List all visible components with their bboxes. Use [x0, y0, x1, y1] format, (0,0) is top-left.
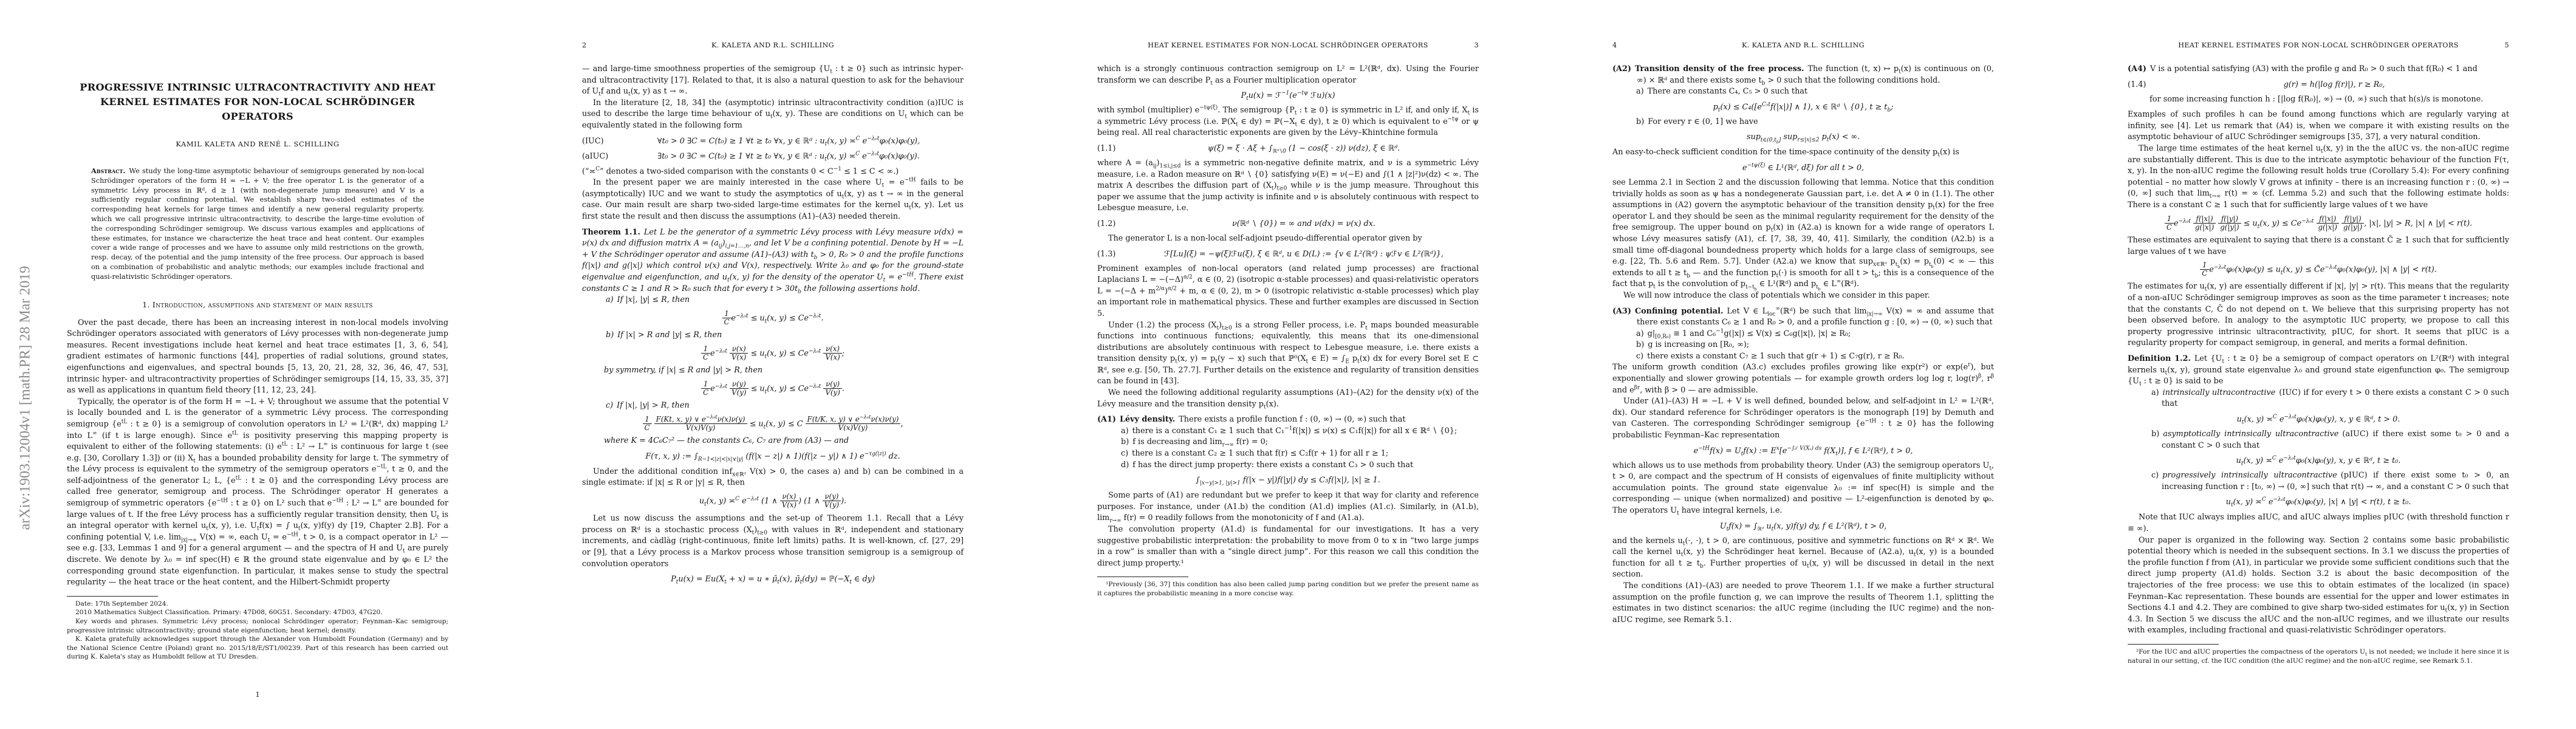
display-equation: 1Ce−λ₀t ν(x)V(x) ≤ ut(x, y) ≤ Ce−λ₀t ν(x… [582, 345, 964, 361]
running-title: K. KALETA AND R.L. SCHILLING [1633, 41, 1973, 49]
equation-tag: (IUC) [582, 135, 614, 147]
display-equation: F(τ, x, y) := ∫R−1<|z|<|x|∨|y| (f(|x − z… [582, 451, 964, 462]
equation-tag: (aIUC) [582, 151, 614, 162]
display-equation: e−tHf(x) = Utf(x) := Ex[e−∫₀ᵗ V(Xₛ) ds f… [1612, 445, 1994, 457]
paragraph: Over the past decade, there has been an … [67, 318, 448, 397]
list-item-continuation: by symmetry, if |x| ≤ R and |y| > R, the… [582, 365, 964, 377]
paragraph: The large time estimates of the heat ker… [2128, 143, 2509, 211]
paragraph: We need the following additional regular… [1097, 388, 1479, 410]
footnote-rule [1097, 577, 1188, 577]
running-header: HEAT KERNEL ESTIMATES FOR NON-LOCAL SCHR… [1097, 41, 1479, 49]
list-item: c)there is a constant C₂ ≥ 1 such that f… [1097, 448, 1479, 460]
list-item: c)there exists a constant C₇ ≥ 1 such th… [1612, 351, 1994, 363]
definition-block: Definition 1.2.Let {Ut : t ≥ 0} be a sem… [2128, 354, 2509, 388]
footnote-block: Date: 17th September 2024. 2010 Mathemat… [67, 600, 448, 662]
display-equation: Ptu(x) = ℱ−1(e−tψ ℱu)(x) [1097, 90, 1479, 101]
display-equation: 1C F(Kt, x, y) ∨ e−λ₀tν(x)ν(y)V(x)V(y) ≤… [582, 416, 964, 432]
authors-line: KAMIL KALETA AND RENÉ L. SCHILLING [67, 140, 448, 148]
theorem-label: Theorem 1.1. [582, 228, 640, 237]
display-equation: (1.1) ψ(ξ) = ξ · Aξ + ∫ℝᵈ∖0 (1 − cos(ξ ·… [1097, 143, 1479, 154]
list-item: d)f has the direct jump property: there … [1097, 460, 1479, 471]
paragraph: which is a strongly continuous contracti… [1097, 64, 1479, 86]
assumption-label: (A3) [1612, 307, 1631, 316]
paragraph: which allows us to use methods from prob… [1612, 460, 1994, 517]
list-item: b)f is decreasing and limr→∞ f(r) = 0; [1097, 437, 1479, 448]
paragraph: These estimates are equivalent to saying… [2128, 235, 2509, 258]
display-equation: pt(x) ≤ C₄([eC₅tf(|x|)] ∧ 1), x ∈ ℝᵈ ∖ {… [1612, 101, 1994, 113]
page-number: 1 [0, 690, 515, 699]
display-equation: ut(x, y) ≍C e−λ₀t (1 ∧ ν(x)V(x)) (1 ∧ ν(… [582, 493, 964, 509]
footnote-rule [67, 596, 158, 597]
equation-body: ∀t₀ > 0 ∃C = C(t₀) ≥ 1 ∀t ≥ t₀ ∀x, y ∈ ℝ… [614, 135, 964, 147]
assumption-title: Lévy density. [1120, 415, 1175, 424]
list-item: b)For every r ∈ (0, 1] we have [1612, 117, 1994, 128]
display-equation: supt∈(0,tb] supr≤|x|≤2 pt(x) < ∞. [1612, 131, 1994, 143]
footnote-date: Date: 17th September 2024. [67, 600, 448, 609]
paragraph: Under (1.2) the process (Xt)t≥0 is a str… [1097, 320, 1479, 388]
section-heading: 1. Introduction, assumptions and stateme… [67, 300, 448, 309]
footnote-rule [2128, 644, 2219, 645]
list-item: a)There are constants C₄, C₅ > 0 such th… [1612, 86, 1994, 98]
footnote: ²For the IUC and aIUC properties the com… [2128, 648, 2509, 665]
display-equation: (1.2) ν(ℝᵈ ∖ {0}) = ∞ and ν(dx) = ν(x) d… [1097, 218, 1479, 230]
paper-title-line1: PROGRESSIVE INTRINSIC ULTRACONTRACTIVITY… [67, 80, 448, 95]
display-equation: ut(x, y) ≍C e−λ₀tφ₀(x)φ₀(y), |x| ∧ |y| <… [2128, 496, 2509, 508]
paragraph: where K = 4C₆C₇² — the constants C₆, C₇ … [582, 436, 964, 447]
page-4: 4 K. KALETA AND R.L. SCHILLING (A2)Trans… [1546, 0, 2061, 729]
list-item: a)g|[0,R₀) ≡ 1 and C₆−1g(|x|) ≤ V(x) ≤ C… [1612, 329, 1994, 340]
equation-body: ℱ[Lu](ξ) = −ψ(ξ)ℱu(ξ), ξ ∈ ℝᵈ, u ∈ D(L) … [1129, 248, 1479, 260]
display-equation: Utf(x) = ∫ℝᵈ ut(x, y)f(y) dy, f ∈ L²(ℝᵈ)… [1612, 521, 1994, 532]
page-5: HEAT KERNEL ESTIMATES FOR NON-LOCAL SCHR… [2061, 0, 2576, 729]
running-title: HEAT KERNEL ESTIMATES FOR NON-LOCAL SCHR… [1118, 41, 1458, 49]
abstract-label: Abstract. [91, 166, 125, 175]
paragraph: Examples of such profiles h can be found… [2128, 109, 2509, 143]
paragraph: see Lemma 2.1 in Section 2 and the discu… [1612, 177, 1994, 290]
running-header: HEAT KERNEL ESTIMATES FOR NON-LOCAL SCHR… [2128, 41, 2509, 49]
page-2: 2 K. KALETA AND R.L. SCHILLING — and lar… [515, 0, 1030, 729]
paragraph: Under the additional condition infx∈ℝᵈ V… [582, 467, 964, 489]
display-equation: 1C̃e−λ₀tφ₀(x)φ₀(y) ≤ ut(x, y) ≤ C̃e−λ₀tφ… [2128, 261, 2509, 278]
paragraph: where A = (aij)1≤i,j≤d is a symmetric no… [1097, 158, 1479, 214]
definition-label: Definition 1.2. [2128, 354, 2191, 363]
display-equation: ut(x, y) ≍C e−λ₀tφ₀(x)φ₀(y), x, y ∈ ℝᵈ, … [2128, 414, 2509, 425]
display-equation: (IUC) ∀t₀ > 0 ∃C = C(t₀) ≥ 1 ∀t ≥ t₀ ∀x,… [582, 135, 964, 147]
assumption-label: (A2) [1612, 64, 1631, 74]
assumption-title: Transition density of the free process. [1635, 64, 1804, 74]
paragraph: Some parts of (A1) are redundant but we … [1097, 490, 1479, 524]
equation-tag: (1.3) [1097, 248, 1129, 260]
paragraph: The conditions (A1)–(A3) are needed to p… [1612, 581, 1994, 626]
paper-title: PROGRESSIVE INTRINSIC ULTRACONTRACTIVITY… [67, 80, 448, 124]
item-label: b) [606, 330, 614, 340]
page-number: 3 [1458, 41, 1479, 49]
paragraph: Note that IUC always implies aIUC, and a… [2128, 512, 2509, 535]
list-item: a)there is a constant C₁ ≥ 1 such that C… [1097, 426, 1479, 437]
footnote-block: ²For the IUC and aIUC properties the com… [2128, 648, 2509, 665]
paragraph: Let us now discuss the assumptions and t… [582, 513, 964, 570]
footnote-keywords: Key words and phrases. Symmetric Lévy pr… [67, 617, 448, 635]
paragraph: An easy-to-check sufficient condition fo… [1612, 147, 1994, 159]
equation-body: g(r) = h(|log f(r)|), r ≥ R₀, [2159, 79, 2509, 91]
display-equation: (1.3) ℱ[Lu](ξ) = −ψ(ξ)ℱu(ξ), ξ ∈ ℝᵈ, u ∈… [1097, 248, 1479, 260]
display-equation: 1Ce−λ₀t f(|x|)g(|x|) f(|y|)g(|y|) ≤ ut(x… [2128, 215, 2509, 231]
paragraph: The generator L is a non-local self-adjo… [1097, 233, 1479, 245]
paragraph: The convolution property (A1.d) is funda… [1097, 524, 1479, 569]
display-equation: 1Ce−λ₀t ν(y)V(y) ≤ ut(x, y) ≤ Ce−λ₀t ν(y… [582, 380, 964, 397]
paragraph: We will now introduce the class of poten… [1612, 290, 1994, 302]
paper-sheet: arXiv:1903.12004v1 [math.PR] 28 Mar 2019… [0, 0, 2576, 729]
item-label: a) [606, 295, 614, 304]
equation-tag: (1.2) [1097, 218, 1129, 230]
theorem-block: Theorem 1.1.Let L be the generator of a … [582, 227, 964, 295]
footnote-msc: 2010 Mathematics Subject Classification.… [67, 608, 448, 617]
footnote-acknowledgement: K. Kaleta gratefully acknowledges suppor… [67, 635, 448, 662]
equation-tag: (1.4) [2128, 79, 2159, 91]
paragraph: — and large-time smoothness properties o… [582, 64, 964, 98]
paragraph: with symbol (multiplier) e−tψ(ξ). The se… [1097, 105, 1479, 139]
assumption-continuation: for some increasing function h : [|log f… [2128, 94, 2509, 106]
assumption-block: (A3)Confining potential.Let V ∈ Lloc∞(ℝᵈ… [1612, 306, 1994, 329]
page-1: arXiv:1903.12004v1 [math.PR] 28 Mar 2019… [0, 0, 515, 729]
display-equation: Ptu(x) = Eu(Xt + x) = u ∗ μ̃t(x), μ̃t(dy… [582, 573, 964, 585]
equation-body: ψ(ξ) = ξ · Aξ + ∫ℝᵈ∖0 (1 − cos(ξ · z)) ν… [1129, 143, 1479, 154]
paragraph: Under (A1)–(A3) H = −L + V is well defin… [1612, 396, 1994, 441]
paragraph: In the literature [2, 18, 34] the (asymp… [582, 98, 964, 132]
paragraph: Typically, the operator is of the form H… [67, 397, 448, 589]
abstract: Abstract.We study the long-time asymptot… [91, 166, 424, 282]
assumption-block: (A2)Transition density of the free proce… [1612, 64, 1994, 86]
arxiv-stamp: arXiv:1903.12004v1 [math.PR] 28 Mar 2019 [18, 266, 34, 530]
page-number: 2 [582, 41, 603, 49]
display-equation: 1Ce−λ₀t ≤ ut(x, y) ≤ Ce−λ₀t. [582, 310, 964, 326]
page-3: HEAT KERNEL ESTIMATES FOR NON-LOCAL SCHR… [1030, 0, 1546, 729]
paragraph: The uniform growth condition (A3.c) excl… [1612, 362, 1994, 396]
theorem-body: Let L be the generator of a symmetric Lé… [582, 228, 964, 293]
page-number: 5 [2489, 41, 2509, 49]
list-item: b)g is increasing on [R₀, ∞); [1612, 340, 1994, 351]
equation-body: ∃t₀ > 0 ∃C = C(t₀) ≥ 1 ∀t ≥ t₀ ∀x, y ∈ ℝ… [614, 151, 964, 162]
paragraph: and the kernels ut(·, ·), t > 0, are con… [1612, 536, 1994, 581]
running-title: HEAT KERNEL ESTIMATES FOR NON-LOCAL SCHR… [2148, 41, 2489, 49]
assumption-title: Confining potential. [1635, 307, 1723, 316]
display-equation: (aIUC) ∃t₀ > 0 ∃C = C(t₀) ≥ 1 ∀t ≥ t₀ ∀x… [582, 151, 964, 162]
list-item: b)asymptotically intrinsically ultracont… [2128, 429, 2509, 451]
page-number: 4 [1612, 41, 1633, 49]
assumption-label: (A1) [1097, 415, 1116, 424]
display-equation: e−tψ(ξ) ∈ L¹(ℝᵈ, dξ) for all t > 0, [1612, 162, 1994, 174]
display-equation: (1.4) g(r) = h(|log f(r)|), r ≥ R₀, [2128, 79, 2509, 91]
display-equation: ∫|x−y|>1, |y|>1 f(|x − y|)f(|y|) dy ≤ C₃… [1097, 474, 1479, 486]
list-item: c)If |x|, |y| > R, then [582, 400, 964, 412]
running-title: K. KALETA AND R.L. SCHILLING [603, 41, 943, 49]
footnote: ¹Previously [36, 37] this condition has … [1097, 580, 1479, 598]
paragraph: (“≍C” denotes a two-sided comparison wit… [582, 166, 964, 178]
assumption-block: (A4)V is a potential satisfying (A3) wit… [2128, 64, 2509, 75]
paragraph: Prominent examples of non-local operator… [1097, 264, 1479, 320]
display-equation: ut(x, y) ≍C e−λ₀tφ₀(x)φ₀(y), x, y ∈ ℝᵈ, … [2128, 455, 2509, 467]
paragraph: The estimates for ut(x, y) are essential… [2128, 281, 2509, 349]
item-label: c) [606, 401, 613, 410]
equation-body: ν(ℝᵈ ∖ {0}) = ∞ and ν(dx) = ν(x) dx. [1129, 218, 1479, 230]
abstract-text: We study the long-time asymptotic behavi… [91, 167, 424, 281]
paragraph: Our paper is organized in the following … [2128, 535, 2509, 637]
running-header: 4 K. KALETA AND R.L. SCHILLING [1612, 41, 1994, 49]
list-item: a)If |x|, |y| ≤ R, then [582, 295, 964, 306]
equation-tag: (1.1) [1097, 143, 1129, 154]
assumption-block: (A1)Lévy density.There exists a profile … [1097, 414, 1479, 426]
footnote-block: ¹Previously [36, 37] this condition has … [1097, 580, 1479, 598]
paragraph: In the present paper we are mainly inter… [582, 177, 964, 222]
list-item: a)intrinsically ultracontractive(IUC) if… [2128, 388, 2509, 410]
running-header: 2 K. KALETA AND R.L. SCHILLING [582, 41, 964, 49]
assumption-label: (A4) [2128, 64, 2146, 74]
list-item: c)progressively intrinsically ultracontr… [2128, 470, 2509, 493]
list-item: b)If |x| > R and |y| ≤ R, then [582, 330, 964, 341]
paper-title-line2: KERNEL ESTIMATES FOR NON-LOCAL SCHRÖDING… [67, 95, 448, 124]
